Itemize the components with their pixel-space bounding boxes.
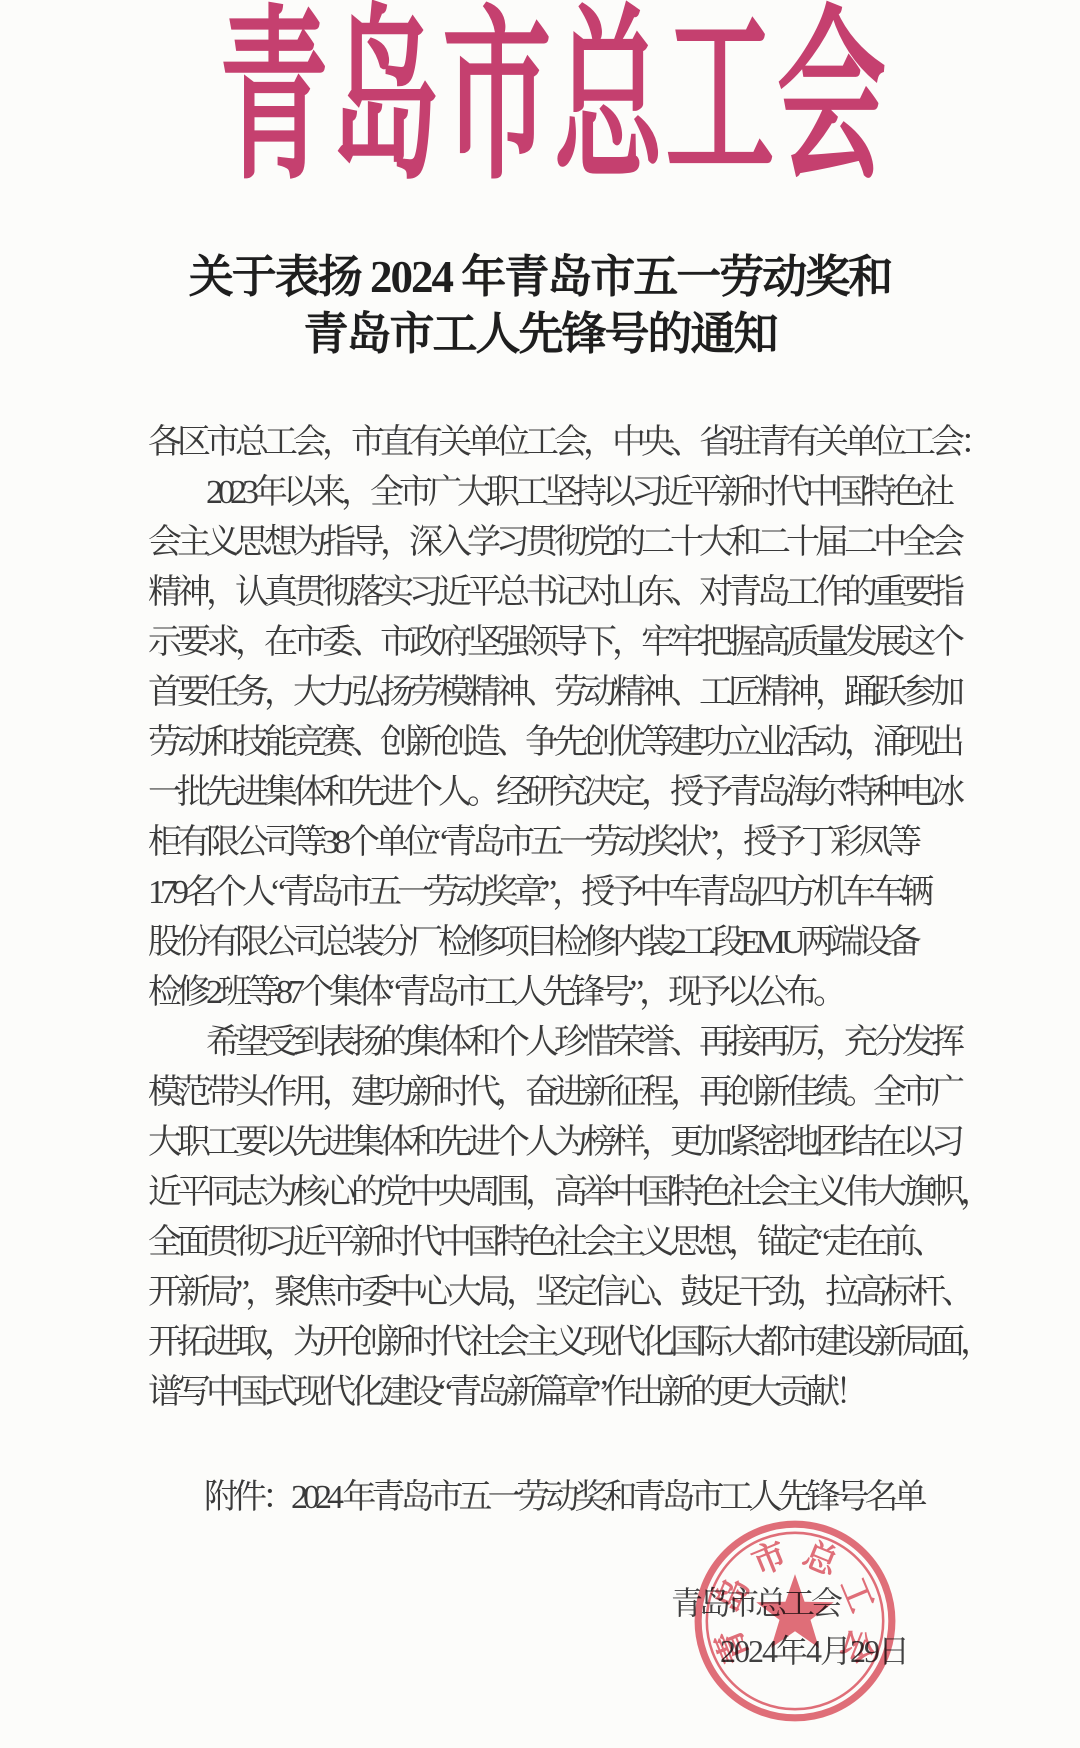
body-text-line: 劳动和技能竞赛、创新创造、争先创优等建功立业活动，涌现出 [148,718,960,768]
body-text-line: 会主义思想为指导，深入学习贯彻党的二十大和二十届二中全会 [148,518,960,568]
official-seal: 青 岛 市 总 工 会 [691,1517,899,1725]
body-text-line: 各区市总工会，市直有关单位工会，中央、省驻青有关单位工会： [148,418,960,468]
body-text-line: 大职工要以先进集体和先进个人为榜样，更加紧密地团结在以习 [148,1118,960,1168]
letterhead-org-name: 青岛市总工会 [219,4,888,194]
body-text-line: 检修2班等87个集体“青岛市工人先锋号”，现予以公布。 [148,968,960,1018]
letterhead: 青岛市总工会 [0,4,1080,172]
body-text-line: 全面贯彻习近平新时代中国特色社会主义思想，锚定“走在前、 [148,1218,960,1268]
body-text-line: 股份有限公司总装分厂检修项目检修内装2工段EMU两端设备 [148,918,960,968]
document-page: 青岛市总工会 关于表扬 2024 年青岛市五一劳动奖和 青岛市工人先锋号的通知 … [0,0,1080,1748]
body-text-line: 谱写中国式现代化建设“青岛新篇章”作出新的更大贡献！ [148,1368,960,1418]
document-title-line2: 青岛市工人先锋号的通知 [0,306,1080,363]
attachment-line: 附件：2024 年青岛市五一劳动奖和青岛市工人先锋号名单 [204,1473,923,1523]
body-text-line: 示要求，在市委、市政府坚强领导下，牢牢把握高质量发展这个 [148,618,960,668]
seal-char: 岛 [708,1572,757,1618]
body-text: 各区市总工会，市直有关单位工会，中央、省驻青有关单位工会： 2023年以来，全市… [148,418,960,1418]
body-text-line: 开拓进取，为开创新时代社会主义现代化国际大都市建设新局面， [148,1318,960,1368]
body-text-line: 首要任务，大力弘扬劳模精神、劳动精神、工匠精神，踊跃参加 [148,668,960,718]
body-text-line: 模范带头作用，建功新时代，奋进新征程，再创新佳绩。全市广 [148,1068,960,1118]
body-text-line: 2023年以来，全市广大职工坚持以习近平新时代中国特色社 [148,468,960,518]
body-text-line: 柜有限公司等38个单位“青岛市五一劳动奖状”，授予丁彩凤等 [148,818,960,868]
body-text-line: 179名个人“青岛市五一劳动奖章”，授予中车青岛四方机车车辆 [148,868,960,918]
body-text-line: 一批先进集体和先进个人。经研究决定，授予青岛海尔特种电冰 [148,768,960,818]
body-text-line: 近平同志为核心的党中央周围，高举中国特色社会主义伟大旗帜， [148,1168,960,1218]
body-text-line: 希望受到表扬的集体和个人珍惜荣誉、再接再厉，充分发挥 [148,1018,960,1068]
body-text-line: 开新局”，聚焦市委中心大局，坚定信心、鼓足干劲，拉高标杆、 [148,1268,960,1318]
seal-star-icon [756,1574,833,1648]
document-title-line1: 关于表扬 2024 年青岛市五一劳动奖和 [0,249,1080,306]
document-title: 关于表扬 2024 年青岛市五一劳动奖和 青岛市工人先锋号的通知 [0,249,1080,363]
body-text-line: 精神，认真贯彻落实习近平总书记对山东、对青岛工作的重要指 [148,568,960,618]
